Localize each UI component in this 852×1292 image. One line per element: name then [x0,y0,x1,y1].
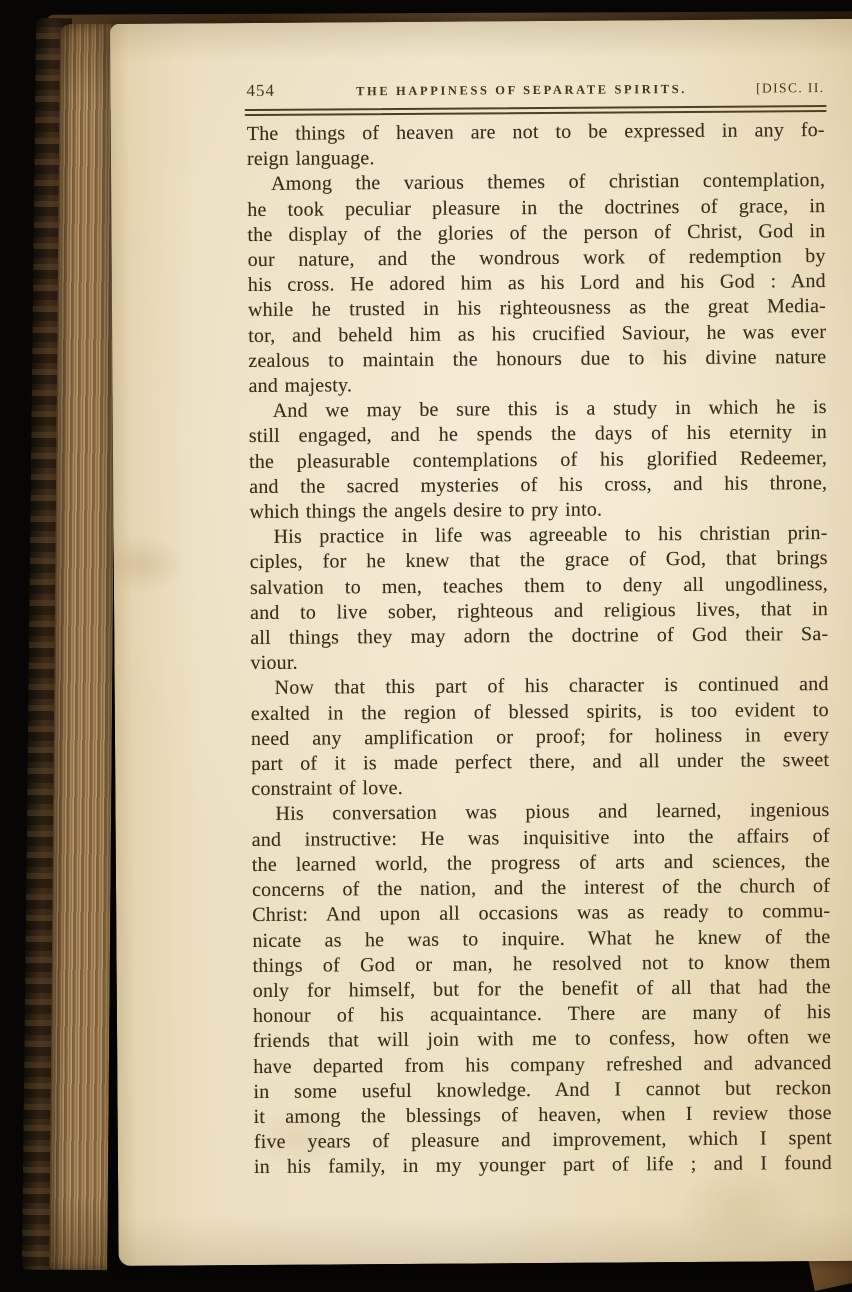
paragraph: Among the various themes of christian co… [247,168,827,399]
book-page-edges [49,24,118,1270]
paragraph: Now that this part of his character is c… [251,672,830,802]
text-line: Christ: And upon all occasions was as re… [252,899,830,928]
text-line: and instructive: He was inquisitive into… [252,824,830,853]
text-line: The things of heaven are not to be expre… [247,118,825,147]
text-line: he took peculiar pleasure in the doctrin… [247,194,825,223]
paragraph: The things of heaven are not to be expre… [247,118,825,172]
text-line: ciples, for he knew that the grace of Go… [250,546,828,575]
text-line: in some useful knowledge. And I cannot b… [253,1076,831,1105]
double-rule [245,105,827,119]
text-line: nicate as he was to inquire. What he kne… [252,924,830,953]
text-line: zealous to maintain the honours due to h… [248,345,826,374]
text-line: still engaged, and he spends the days of… [249,420,827,449]
scanned-book-photo: 454 THE HAPPINESS OF SEPARATE SPIRITS. [… [0,0,852,1292]
text-line: in his family, in my younger part of lif… [254,1151,832,1180]
text-line: part of it is made perfect there, and al… [251,748,829,777]
page-text: The things of heaven are not to be expre… [247,118,832,1181]
text-line: Now that this part of his character is c… [251,672,829,701]
text-line: friends that will join with me to confes… [253,1025,831,1054]
text-line: salvation to men, teaches them to deny a… [250,572,828,601]
book-page: 454 THE HAPPINESS OF SEPARATE SPIRITS. [… [110,19,852,1266]
text-line: things of God or man, he resolved not to… [252,950,830,979]
running-title: THE HAPPINESS OF SEPARATE SPIRITS. [356,82,687,99]
page-header: 454 THE HAPPINESS OF SEPARATE SPIRITS. [… [246,77,824,101]
text-line: while he trusted in his righteousness as… [248,294,826,323]
text-line: the pleasurable contemplations of his gl… [249,446,827,475]
text-line: tor, and beheld him as his crucified Sav… [248,320,826,349]
text-line: have departed from his company refreshed… [253,1051,831,1080]
text-line: His conversation was pious and learned, … [251,798,829,827]
paragraph: And we may be sure this is a study in wh… [249,395,828,525]
text-line: exalted in the region of blessed spirits… [251,698,829,727]
paragraph: His practice in life was agreeable to hi… [250,521,829,676]
rule-line-bottom [245,110,827,116]
paragraph: His conversation was pious and learned, … [251,798,832,1180]
text-line: Among the various themes of christian co… [247,168,825,197]
discourse-label: [DISC. II. [756,80,824,96]
page-number: 454 [246,81,275,101]
text-line: and the sacred mysteries of his cross, a… [249,471,827,500]
text-line: all things they may adorn the doctrine o… [250,622,828,651]
